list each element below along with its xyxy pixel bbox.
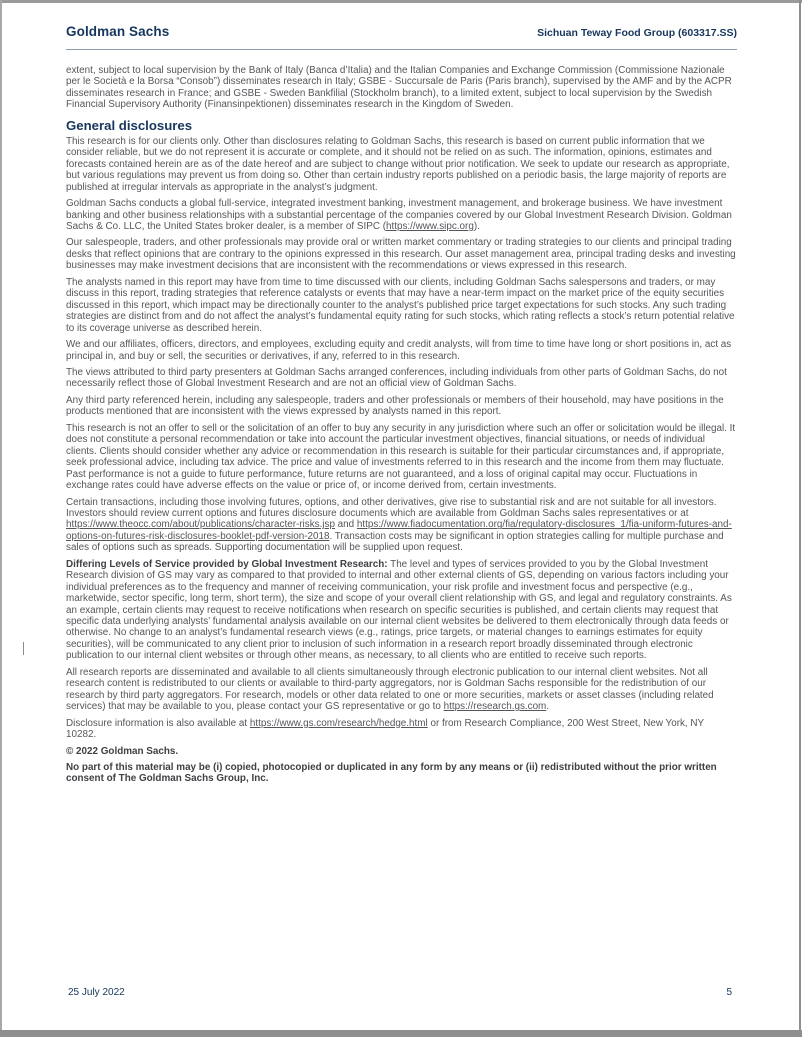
footer-page-number: 5	[726, 987, 732, 998]
text-segment: The level and types of services provided…	[66, 559, 732, 662]
inline-link[interactable]: https://www.sipc.org	[386, 221, 474, 232]
margin-tick-mark	[23, 642, 24, 655]
paragraph: Certain transactions, including those in…	[66, 497, 736, 554]
viewer-frame-right	[799, 0, 801, 1037]
paragraph: Disclosure information is also available…	[66, 718, 736, 741]
text-segment: Any third party referenced herein, inclu…	[66, 395, 724, 417]
paragraph: Our salespeople, traders, and other prof…	[66, 237, 736, 271]
text-segment: Our salespeople, traders, and other prof…	[66, 237, 736, 271]
text-segment: No part of this material may be (i) copi…	[66, 762, 717, 784]
text-segment: ).	[474, 221, 480, 232]
brand-logo-text: Goldman Sachs	[66, 24, 169, 39]
inline-link[interactable]: https://research.gs.com	[444, 701, 547, 712]
text-segment: This research is not an offer to sell or…	[66, 423, 735, 491]
paragraph: No part of this material may be (i) copi…	[66, 762, 736, 785]
text-segment: and	[335, 519, 357, 530]
paragraph: All research reports are disseminated an…	[66, 667, 736, 713]
text-segment: Disclosure information is also available…	[66, 718, 250, 729]
section-heading: General disclosures	[66, 119, 736, 133]
paragraph: Goldman Sachs conducts a global full-ser…	[66, 198, 736, 232]
document-footer: 25 July 2022 5	[68, 987, 732, 998]
text-segment: .	[546, 701, 549, 712]
bold-lead-text: Differing Levels of Service provided by …	[66, 559, 388, 570]
text-segment: The views attributed to third party pres…	[66, 367, 727, 389]
text-segment: Certain transactions, including those in…	[66, 497, 716, 519]
text-segment: This research is for our clients only. O…	[66, 136, 730, 193]
inline-link[interactable]: https://www.theocc.com/about/publication…	[66, 519, 335, 530]
text-segment: extent, subject to local supervision by …	[66, 65, 732, 110]
paragraph: extent, subject to local supervision by …	[66, 65, 736, 111]
paragraph: Differing Levels of Service provided by …	[66, 559, 736, 662]
document-page: Goldman Sachs Sichuan Teway Food Group (…	[2, 3, 799, 1030]
text-segment: The analysts named in this report may ha…	[66, 277, 735, 334]
paragraph: The analysts named in this report may ha…	[66, 277, 736, 334]
paragraph: This research is for our clients only. O…	[66, 136, 736, 193]
paragraph: The views attributed to third party pres…	[66, 367, 736, 390]
footer-date: 25 July 2022	[68, 987, 125, 998]
text-segment: © 2022 Goldman Sachs.	[66, 746, 178, 757]
viewer-frame-bottom	[0, 1030, 802, 1037]
paragraph: © 2022 Goldman Sachs.	[66, 746, 736, 757]
text-segment: We and our affiliates, officers, directo…	[66, 339, 731, 361]
paragraph: We and our affiliates, officers, directo…	[66, 339, 736, 362]
document-body: extent, subject to local supervision by …	[66, 65, 736, 785]
paragraph: This research is not an offer to sell or…	[66, 423, 736, 492]
text-segment: All research reports are disseminated an…	[66, 667, 714, 712]
document-header: Goldman Sachs Sichuan Teway Food Group (…	[66, 24, 737, 50]
paragraph: Any third party referenced herein, inclu…	[66, 395, 736, 418]
inline-link[interactable]: https://www.gs.com/research/hedge.html	[250, 718, 428, 729]
report-title: Sichuan Teway Food Group (603317.SS)	[537, 27, 737, 39]
